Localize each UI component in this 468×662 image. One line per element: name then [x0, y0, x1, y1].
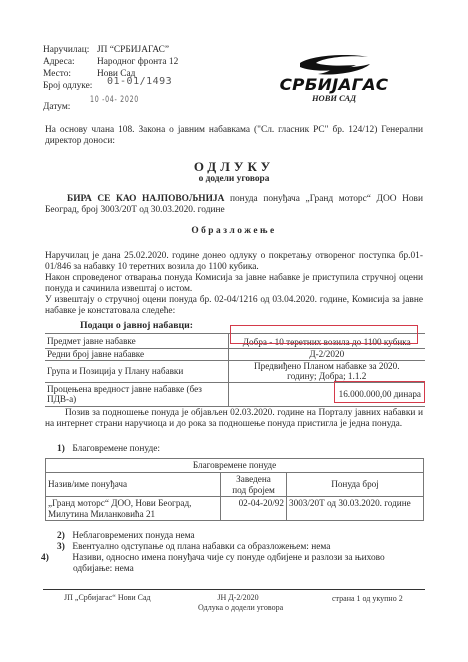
table-cell-registered-number: 02-04-20/92 [221, 497, 287, 521]
table-header-row: Назив/име понуђача Заведена под бројем П… [46, 473, 424, 497]
list-number: 3) [57, 542, 70, 553]
header-value: ЈП “СРБИЈАГАС” [97, 45, 169, 56]
explanation-paragraph-1: Наручилац је дана 25.02.2020. године дон… [45, 251, 423, 273]
header-label: Број одлуке: [43, 81, 92, 91]
call-paragraph: Позив за подношење понуда је објављен 02… [45, 408, 423, 430]
highlight-box-subject [230, 325, 418, 344]
list-number: 1) [57, 444, 70, 455]
decision-lead: БИРА СЕ КАО НАЈПОВОЉНИЈА [67, 194, 224, 204]
srbijagas-swoosh-logo-icon [294, 53, 374, 77]
table-cell-key: Група и Позиција у Плану набавки [45, 360, 228, 382]
table-cell-bid-number: 3003/20Т од 30.03.2020. године [287, 497, 424, 521]
column-header-bidder: Назив/име понуђача [46, 473, 221, 497]
column-header-registered-number: Заведена под бројем [221, 473, 287, 497]
list-item: 4) Називи, односно имена понуђача чије с… [57, 553, 397, 574]
handwritten-decision-number: 01-01/1493 [107, 76, 172, 88]
logo-name: СРБИЈАГАС [275, 77, 393, 93]
decision-title: ОДЛУКУ [45, 159, 423, 175]
table-row: „Гранд моторс“ ДОО, Нови Београд, Милути… [46, 497, 424, 521]
header-label: Датум: [43, 102, 97, 113]
header-value: Народног фронта 12 [97, 57, 178, 68]
date-stamp: 10 -04- 2020 [90, 95, 139, 106]
explanation-paragraph-3: У извештају о стручној оцени понуда бр. … [45, 295, 423, 317]
highlight-box-value [334, 381, 425, 403]
logo-city: НОВИ САД [278, 93, 390, 103]
company-logo: СРБИЈАГАС НОВИ САД [278, 53, 390, 108]
footer-divider [43, 589, 425, 590]
table-cell-key: Предмет јавне набавке [45, 334, 228, 349]
intro-paragraph: На основу члана 108. Закона о јавним наб… [45, 125, 423, 147]
procurement-data-title: Подаци о јавној набавци: [80, 320, 193, 332]
explanation-heading: Образложење [45, 226, 423, 237]
table-cell-key: Процењена вредност јавне набавке (без ПД… [45, 382, 228, 406]
list-text: Називи, односно имена понуђача чије су п… [72, 553, 384, 574]
list-text: Евентуално одступање од плана набавки са… [72, 542, 330, 552]
footer-page-number: страна 1 од укупно 2 [332, 594, 403, 604]
header-row-contracting-authority: Наручилац:ЈП “СРБИЈАГАС” [43, 45, 169, 56]
list-text: Неблаговремених понуда нема [72, 531, 194, 541]
decision-subtitle: о додели уговора [45, 174, 423, 185]
list-item: 1) Благовремене понуде: [57, 444, 160, 455]
table-cell-value: Д-2/2020 [228, 348, 425, 360]
header-row-date: Датум: [43, 102, 97, 113]
list-text: Благовремене понуде: [72, 444, 160, 454]
column-header-bid-number: Понуда број [287, 473, 424, 497]
table-cell-bidder: „Гранд моторс“ ДОО, Нови Београд, Милути… [46, 497, 221, 521]
footer-left: ЈП „Србијагас“ Нови Сад [64, 593, 151, 603]
footer-center-line1: ЈН Д-2/2020 [198, 593, 278, 603]
header-label: Место: [43, 69, 97, 80]
header-row-decision-number: Број одлуке: 01-01/1493 [43, 81, 92, 92]
bids-table: Благовремене понуде Назив/име понуђача З… [45, 458, 424, 521]
list-number: 2) [57, 531, 70, 542]
table-cell-key: Редни број јавне набавке [45, 348, 228, 360]
header-label: Наручилац: [43, 45, 97, 56]
table-row: Редни број јавне набавке Д-2/2020 [45, 348, 425, 360]
list-item: 2) Неблаговремених понуда нема [57, 531, 195, 542]
header-row-address: Адреса:Народног фронта 12 [43, 57, 178, 68]
table-caption: Благовремене понуде [46, 459, 424, 473]
table-cell-value: Предвиђено Планом набавке за 2020. годин… [228, 360, 425, 382]
list-number: 4) [57, 553, 70, 564]
table-caption-row: Благовремене понуде [46, 459, 424, 473]
header-label: Адреса: [43, 57, 97, 68]
table-row: Група и Позиција у Плану набавки Предвиђ… [45, 360, 425, 382]
list-item: 3) Евентуално одступање од плана набавки… [57, 542, 330, 553]
decision-paragraph: БИРА СЕ КАО НАЈПОВОЉНИЈА понуда понуђача… [45, 194, 423, 216]
explanation-paragraph-2: Након спроведеног отварања понуда Комиси… [45, 273, 423, 295]
footer-center-line2: Одлука о додели уговора [198, 603, 278, 613]
